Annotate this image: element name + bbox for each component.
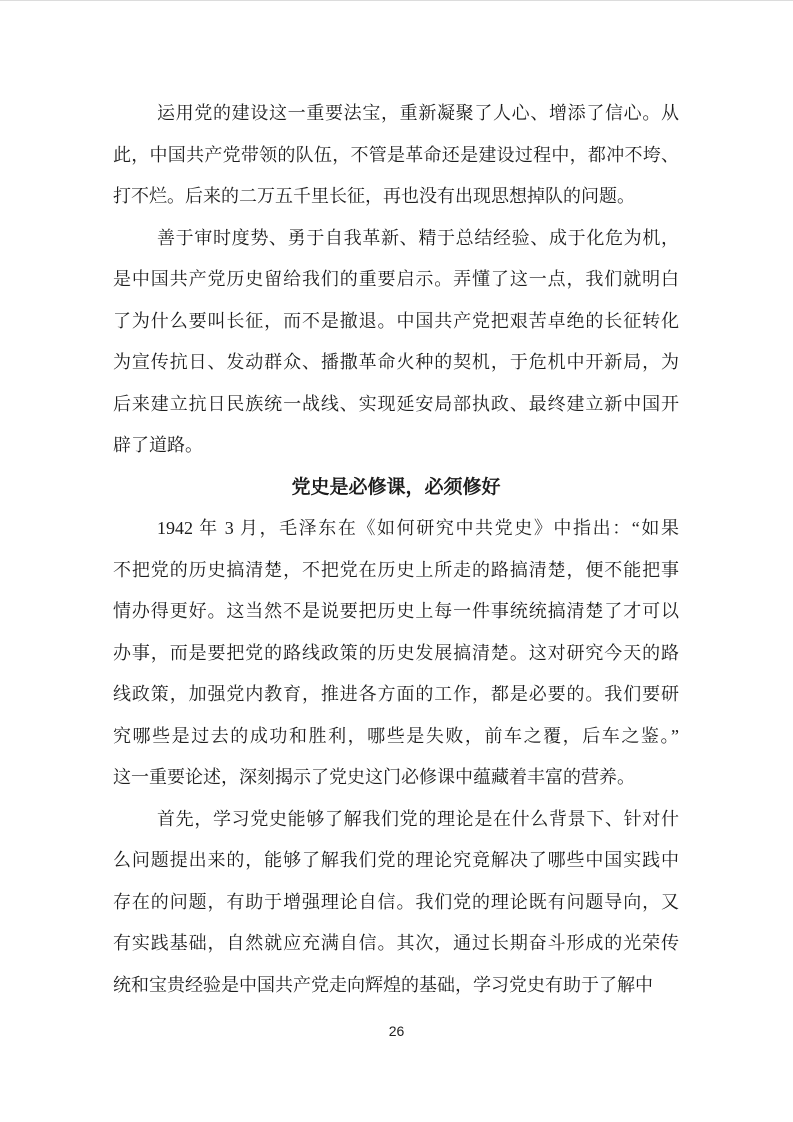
paragraph: 善于审时度势、勇于自我革新、精于总结经验、成于化危为机，是中国共产党历史留给我们… <box>113 218 679 467</box>
text-line: 情办得更好。这当然不是说要把历史上每一件事统统搞清楚了才可以 <box>113 591 679 633</box>
text-line: 存在的问题，有助于增强理论自信。我们党的理论既有问题导向，又 <box>113 882 679 924</box>
text-line: 此，中国共产党带领的队伍，不管是革命还是建设过程中，都冲不垮、 <box>113 135 679 177</box>
text-line: 统和宝贵经验是中国共产党走向辉煌的基础，学习党史有助于了解中 <box>113 965 679 1007</box>
text-line: 打不烂。后来的二万五千里长征，再也没有出现思想掉队的问题。 <box>113 176 679 218</box>
text-line: 办事，而是要把党的路线政策的历史发展搞清楚。这对研究今天的路 <box>113 633 679 675</box>
text-line: 1942 年 3 月，毛泽东在《如何研究中共党史》中指出：“如果 <box>113 508 679 550</box>
text-line: 究哪些是过去的成功和胜利，哪些是失败，前车之覆，后车之鉴。” <box>113 716 679 758</box>
text-line: 有实践基础，自然就应充满自信。其次，通过长期奋斗形成的光荣传 <box>113 923 679 965</box>
text-line: 么问题提出来的，能够了解我们党的理论究竟解决了哪些中国实践中 <box>113 840 679 882</box>
text-line: 善于审时度势、勇于自我革新、精于总结经验、成于化危为机， <box>113 218 679 260</box>
text-line: 这一重要论述，深刻揭示了党史这门必修课中蕴藏着丰富的营养。 <box>113 757 679 799</box>
text-line: 首先，学习党史能够了解我们党的理论是在什么背景下、针对什 <box>113 799 679 841</box>
section-heading: 党史是必修课，必须修好 <box>113 467 679 509</box>
text-line: 为宣传抗日、发动群众、播撒革命火种的契机，于危机中开新局，为 <box>113 342 679 384</box>
document-body: 运用党的建设这一重要法宝，重新凝聚了人心、增添了信心。从此，中国共产党带领的队伍… <box>113 93 679 1006</box>
text-line: 了为什么要叫长征，而不是撤退。中国共产党把艰苦卓绝的长征转化 <box>113 301 679 343</box>
paragraph: 运用党的建设这一重要法宝，重新凝聚了人心、增添了信心。从此，中国共产党带领的队伍… <box>113 93 679 218</box>
page-number: 26 <box>0 1021 793 1041</box>
paragraph: 首先，学习党史能够了解我们党的理论是在什么背景下、针对什么问题提出来的，能够了解… <box>113 799 679 1007</box>
text-line: 是中国共产党历史留给我们的重要启示。弄懂了这一点，我们就明白 <box>113 259 679 301</box>
page-top-edge <box>0 0 793 1</box>
text-line: 后来建立抗日民族统一战线、实现延安局部执政、最终建立新中国开 <box>113 384 679 426</box>
text-line: 不把党的历史搞清楚，不把党在历史上所走的路搞清楚，便不能把事 <box>113 550 679 592</box>
text-line: 辟了道路。 <box>113 425 679 467</box>
text-line: 线政策，加强党内教育，推进各方面的工作，都是必要的。我们要研 <box>113 674 679 716</box>
paragraph: 1942 年 3 月，毛泽东在《如何研究中共党史》中指出：“如果不把党的历史搞清… <box>113 508 679 799</box>
text-line: 运用党的建设这一重要法宝，重新凝聚了人心、增添了信心。从 <box>113 93 679 135</box>
